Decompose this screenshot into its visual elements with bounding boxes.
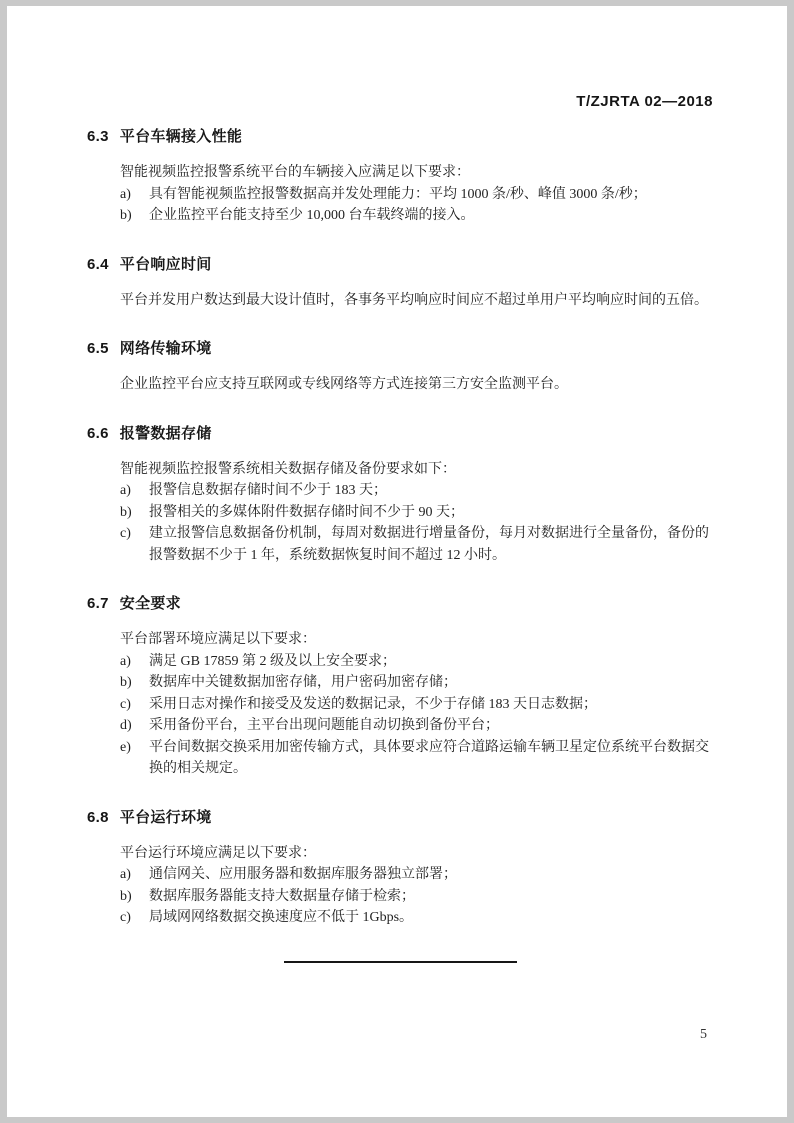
list-item-text: 采用备份平台，主平台出现问题能自动切换到备份平台；	[149, 715, 713, 737]
list-item-label: b)	[120, 886, 149, 908]
section-heading: 6.5网络传输环境	[87, 337, 713, 358]
list-item-label: c)	[120, 523, 149, 566]
section-heading: 6.8平台运行环境	[87, 806, 713, 827]
section-title: 平台车辆接入性能	[120, 128, 242, 145]
list-item: c) 采用日志对操作和接受及发送的数据记录，不少于存储 183 天日志数据；	[120, 694, 713, 716]
section-list: a) 满足 GB 17859 第 2 级及以上安全要求； b) 数据库中关键数据…	[120, 651, 713, 780]
section-6-6: 6.6报警数据存储 智能视频监控报警系统相关数据存储及备份要求如下： a) 报警…	[87, 422, 713, 567]
document-page: T/ZJRTA 02—2018 6.3平台车辆接入性能 智能视频监控报警系统平台…	[7, 6, 787, 1117]
list-item-text: 具有智能视频监控报警数据高并发处理能力：平均 1000 条/秒、峰值 3000 …	[149, 184, 713, 206]
section-intro: 智能视频监控报警系统平台的车辆接入应满足以下要求：	[120, 162, 713, 184]
list-item-text: 报警信息数据存储时间不少于 183 天；	[149, 480, 713, 502]
list-item: b) 报警相关的多媒体附件数据存储时间不少于 90 天；	[120, 502, 713, 524]
section-number: 6.4	[87, 256, 109, 273]
list-item-label: a)	[120, 651, 149, 673]
section-heading: 6.6报警数据存储	[87, 422, 713, 443]
list-item-label: b)	[120, 205, 149, 227]
list-item-text: 平台间数据交换采用加密传输方式，具体要求应符合道路运输车辆卫星定位系统平台数据交…	[149, 737, 713, 780]
section-number: 6.5	[87, 340, 109, 357]
list-item-text: 局域网网络数据交换速度应不低于 1Gbps。	[149, 907, 713, 929]
list-item-text: 数据库中关键数据加密存储，用户密码加密存储；	[149, 672, 713, 694]
list-item: a) 具有智能视频监控报警数据高并发处理能力：平均 1000 条/秒、峰值 30…	[120, 184, 713, 206]
list-item-text: 采用日志对操作和接受及发送的数据记录，不少于存储 183 天日志数据；	[149, 694, 713, 716]
section-heading: 6.4平台响应时间	[87, 253, 713, 274]
section-6-3: 6.3平台车辆接入性能 智能视频监控报警系统平台的车辆接入应满足以下要求： a)…	[87, 125, 713, 227]
section-title: 平台运行环境	[120, 809, 212, 826]
end-of-text-rule	[284, 961, 517, 963]
section-list: a) 具有智能视频监控报警数据高并发处理能力：平均 1000 条/秒、峰值 30…	[120, 184, 713, 227]
list-item: c) 建立报警信息数据备份机制，每周对数据进行增量备份，每月对数据进行全量备份，…	[120, 523, 713, 566]
section-number: 6.3	[87, 128, 109, 145]
section-6-5: 6.5网络传输环境 企业监控平台应支持互联网或专线网络等方式连接第三方安全监测平…	[87, 337, 713, 396]
list-item-label: c)	[120, 694, 149, 716]
section-heading: 6.3平台车辆接入性能	[87, 125, 713, 146]
list-item: b) 企业监控平台能支持至少 10,000 台车载终端的接入。	[120, 205, 713, 227]
section-title: 安全要求	[120, 595, 181, 612]
section-intro: 平台运行环境应满足以下要求：	[120, 843, 713, 865]
section-intro: 智能视频监控报警系统相关数据存储及备份要求如下：	[120, 459, 713, 481]
list-item-text: 通信网关、应用服务器和数据库服务器独立部署；	[149, 864, 713, 886]
section-intro: 平台部署环境应满足以下要求：	[120, 629, 713, 651]
section-number: 6.6	[87, 425, 109, 442]
section-heading: 6.7安全要求	[87, 592, 713, 613]
page-number: 5	[700, 1027, 707, 1043]
list-item-label: c)	[120, 907, 149, 929]
list-item: a) 报警信息数据存储时间不少于 183 天；	[120, 480, 713, 502]
list-item-text: 报警相关的多媒体附件数据存储时间不少于 90 天；	[149, 502, 713, 524]
section-intro: 平台并发用户数达到最大设计值时，各事务平均响应时间应不超过单用户平均响应时间的五…	[120, 290, 713, 312]
section-intro: 企业监控平台应支持互联网或专线网络等方式连接第三方安全监测平台。	[120, 374, 713, 396]
section-6-8: 6.8平台运行环境 平台运行环境应满足以下要求： a) 通信网关、应用服务器和数…	[87, 806, 713, 929]
list-item: c) 局域网网络数据交换速度应不低于 1Gbps。	[120, 907, 713, 929]
list-item-text: 满足 GB 17859 第 2 级及以上安全要求；	[149, 651, 713, 673]
section-list: a) 通信网关、应用服务器和数据库服务器独立部署； b) 数据库服务器能支持大数…	[120, 864, 713, 929]
list-item-label: a)	[120, 184, 149, 206]
list-item-text: 数据库服务器能支持大数据量存储于检索；	[149, 886, 713, 908]
list-item: d) 采用备份平台，主平台出现问题能自动切换到备份平台；	[120, 715, 713, 737]
list-item: b) 数据库中关键数据加密存储，用户密码加密存储；	[120, 672, 713, 694]
list-item-text: 企业监控平台能支持至少 10,000 台车载终端的接入。	[149, 205, 713, 227]
standard-number-header: T/ZJRTA 02—2018	[87, 93, 713, 110]
list-item-label: b)	[120, 502, 149, 524]
section-title: 平台响应时间	[120, 256, 212, 273]
list-item-label: b)	[120, 672, 149, 694]
section-title: 网络传输环境	[120, 340, 212, 357]
list-item-label: a)	[120, 480, 149, 502]
list-item: e) 平台间数据交换采用加密传输方式，具体要求应符合道路运输车辆卫星定位系统平台…	[120, 737, 713, 780]
section-number: 6.8	[87, 809, 109, 826]
section-title: 报警数据存储	[120, 425, 212, 442]
list-item-label: e)	[120, 737, 149, 780]
section-6-4: 6.4平台响应时间 平台并发用户数达到最大设计值时，各事务平均响应时间应不超过单…	[87, 253, 713, 312]
list-item: a) 通信网关、应用服务器和数据库服务器独立部署；	[120, 864, 713, 886]
list-item-label: a)	[120, 864, 149, 886]
section-6-7: 6.7安全要求 平台部署环境应满足以下要求： a) 满足 GB 17859 第 …	[87, 592, 713, 780]
section-number: 6.7	[87, 595, 109, 612]
list-item: a) 满足 GB 17859 第 2 级及以上安全要求；	[120, 651, 713, 673]
section-list: a) 报警信息数据存储时间不少于 183 天； b) 报警相关的多媒体附件数据存…	[120, 480, 713, 566]
list-item: b) 数据库服务器能支持大数据量存储于检索；	[120, 886, 713, 908]
list-item-label: d)	[120, 715, 149, 737]
list-item-text: 建立报警信息数据备份机制，每周对数据进行增量备份，每月对数据进行全量备份，备份的…	[149, 523, 713, 566]
